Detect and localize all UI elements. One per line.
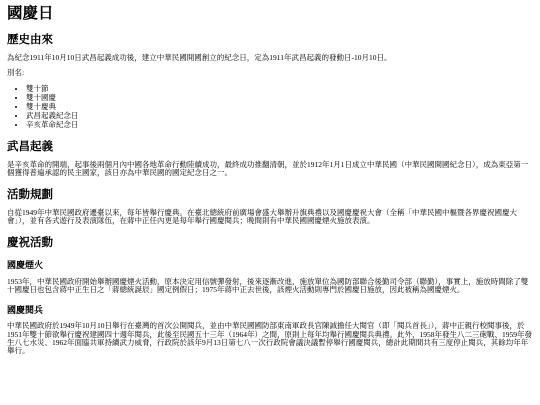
alias-item: 雙十國慶 bbox=[26, 93, 533, 102]
alias-label: 別名: bbox=[7, 69, 533, 77]
section-heading-history: 歷史由來 bbox=[7, 34, 533, 47]
section-heading-celebration: 慶祝活動 bbox=[7, 237, 533, 250]
alias-item: 雙十慶典 bbox=[26, 102, 533, 111]
alias-item: 辛亥革命紀念日 bbox=[26, 120, 533, 129]
article: 國慶日 歷史由來 為紀念1911年10月10日武昌起義成功後，建立中華民國開國創… bbox=[7, 5, 533, 355]
alias-item: 雙十節 bbox=[26, 84, 533, 93]
section-heading-planning: 活動規劃 bbox=[7, 189, 533, 202]
subsection-heading-parade: 國慶閱兵 bbox=[7, 306, 533, 316]
wuchang-body: 是辛亥革命的開端，起事後兩個月內中國各地革命行動陸續成功，最終成功推翻清朝，並於… bbox=[7, 161, 533, 178]
section-heading-wuchang: 武昌起義 bbox=[7, 141, 533, 154]
history-intro: 為紀念1911年10月10日武昌起義成功後，建立中華民國開國創立的紀念日，定為1… bbox=[7, 54, 533, 62]
parade-body: 中華民國政府於1949年10月10日舉行在臺灣的首次公開閱兵，並由中華民國國防部… bbox=[7, 322, 533, 355]
subsection-heading-fireworks: 國慶煙火 bbox=[7, 261, 533, 271]
page-title: 國慶日 bbox=[7, 5, 533, 22]
alias-item: 武昌起義紀念日 bbox=[26, 111, 533, 120]
planning-body: 自從1949年中華民國政府遷臺以來，每年皆舉行慶典。在臺北總統府前廣場會盛大舉辦… bbox=[7, 209, 533, 226]
fireworks-body: 1953年，中華民國政府開始舉辦國慶煙火活動，原本決定用信號彈發射，後來逐漸改進… bbox=[7, 278, 533, 295]
alias-list: 雙十節 雙十國慶 雙十慶典 武昌起義紀念日 辛亥革命紀念日 bbox=[7, 84, 533, 129]
